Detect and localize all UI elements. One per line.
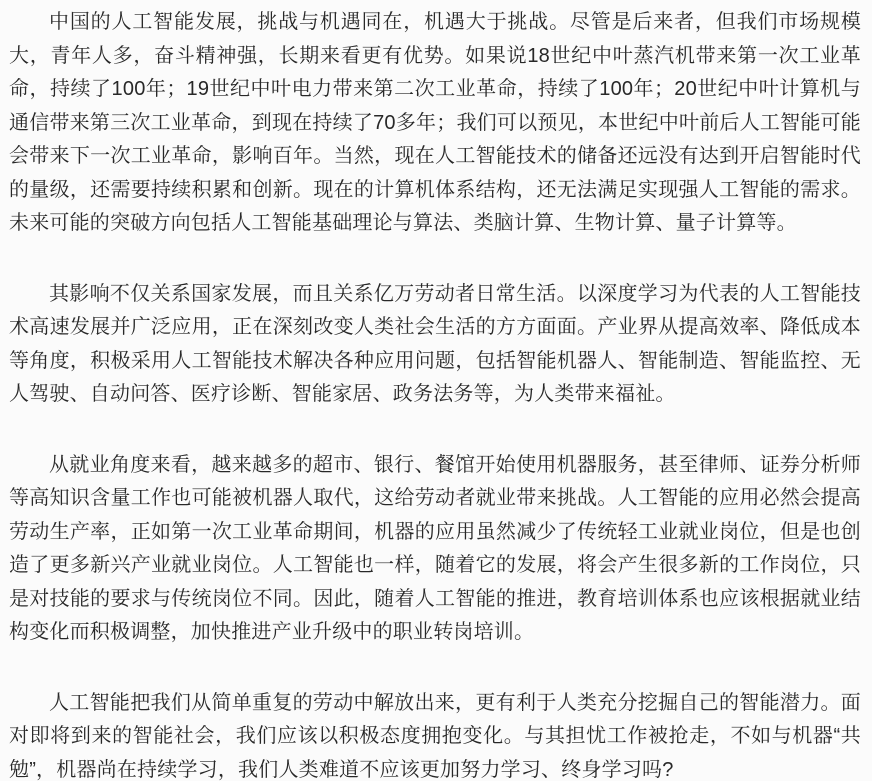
- document-page: 中国的人工智能发展，挑战与机遇同在，机遇大于挑战。尽管是后来者，但我们市场规模大…: [0, 0, 872, 781]
- paragraph-2: 其影响不仅关系国家发展，而且关系亿万劳动者日常生活。以深度学习为代表的人工智能技…: [9, 278, 861, 412]
- paragraph-1: 中国的人工智能发展，挑战与机遇同在，机遇大于挑战。尽管是后来者，但我们市场规模大…: [9, 6, 861, 241]
- paragraph-4: 人工智能把我们从简单重复的劳动中解放出来，更有利于人类充分挖掘自己的智能潜力。面…: [9, 687, 861, 781]
- paragraph-3: 从就业角度来看，越来越多的超市、银行、餐馆开始使用机器服务，甚至律师、证券分析师…: [9, 449, 861, 650]
- article-body: 中国的人工智能发展，挑战与机遇同在，机遇大于挑战。尽管是后来者，但我们市场规模大…: [9, 6, 861, 781]
